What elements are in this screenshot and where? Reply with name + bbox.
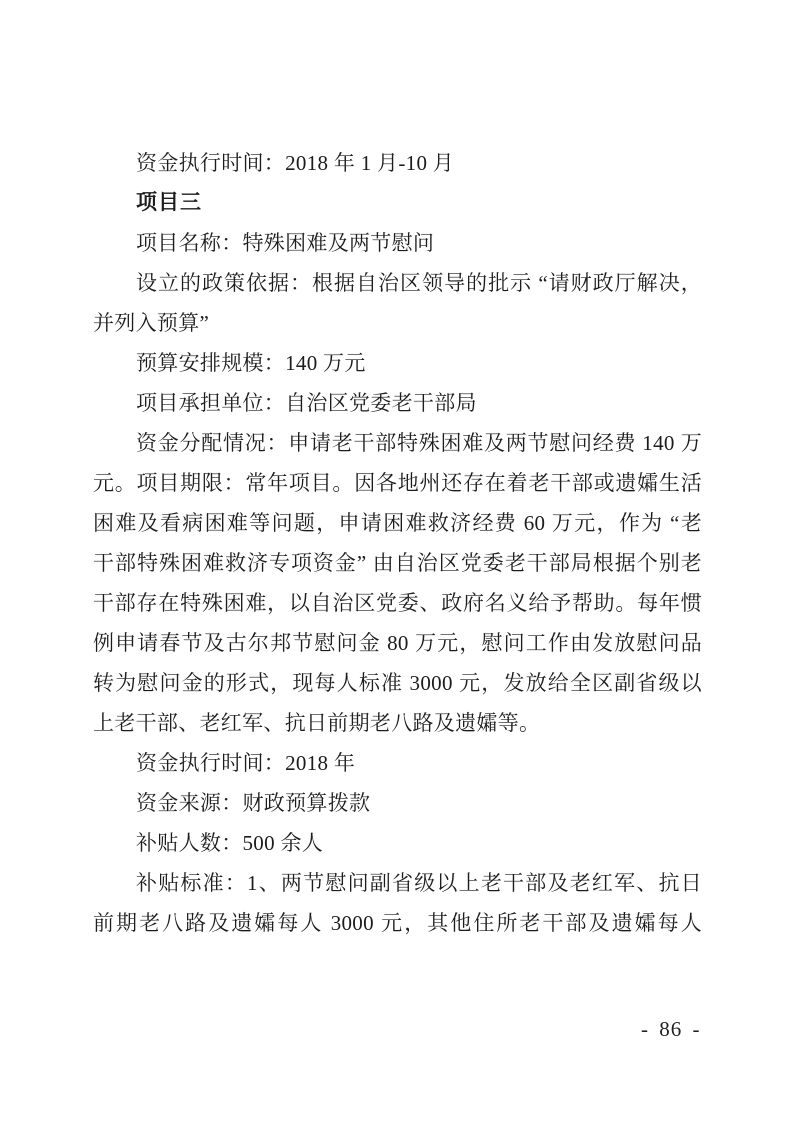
document-page: 资金执行时间：2018 年 1 月-10 月 项目三 项目名称：特殊困难及两节慰… [0, 0, 793, 1122]
line-fund-allocation-2: 元。项目期限：常年项目。因各地州还存在着老干部或遗孀生活 [93, 463, 702, 503]
line-subsidy-count: 补贴人数：500 余人 [93, 823, 702, 863]
line-fund-allocation-5: 干部存在特殊困难，以自治区党委、政府名义给予帮助。每年惯 [93, 583, 702, 623]
line-subsidy-standard-1: 补贴标准：1、两节慰问副省级以上老干部及老红军、抗日 [93, 863, 702, 903]
line-fund-allocation-6: 例申请春节及古尔邦节慰问金 80 万元，慰问工作由发放慰问品 [93, 623, 702, 663]
line-funding-execution-time-2: 资金执行时间：2018 年 [93, 743, 702, 783]
line-policy-basis-2: 并列入预算” [93, 303, 702, 343]
line-fund-allocation-4: 干部特殊困难救济专项资金” 由自治区党委老干部局根据个别老 [93, 543, 702, 583]
line-fund-allocation-7: 转为慰问金的形式，现每人标准 3000 元，发放给全区副省级以 [93, 663, 702, 703]
line-subsidy-standard-2: 前期老八路及遗孀每人 3000 元，其他住所老干部及遗孀每人 [93, 903, 702, 943]
line-funding-source: 资金来源：财政预算拨款 [93, 783, 702, 823]
line-funding-execution-time: 资金执行时间：2018 年 1 月-10 月 [93, 143, 702, 183]
line-fund-allocation-3: 困难及看病困难等问题，申请困难救济经费 60 万元，作为 “老 [93, 503, 702, 543]
line-fund-allocation-1: 资金分配情况：申请老干部特殊困难及两节慰问经费 140 万 [93, 423, 702, 463]
page-number: - 86 - [641, 1017, 701, 1041]
line-fund-allocation-8: 上老干部、老红军、抗日前期老八路及遗孀等。 [93, 703, 702, 743]
line-policy-basis-1: 设立的政策依据：根据自治区领导的批示 “请财政厅解决， [93, 263, 702, 303]
line-undertaking-unit: 项目承担单位：自治区党委老干部局 [93, 383, 702, 423]
document-body: 资金执行时间：2018 年 1 月-10 月 项目三 项目名称：特殊困难及两节慰… [93, 143, 702, 943]
heading-project-three: 项目三 [93, 183, 702, 223]
line-project-name: 项目名称：特殊困难及两节慰问 [93, 223, 702, 263]
line-budget-scale: 预算安排规模：140 万元 [93, 343, 702, 383]
